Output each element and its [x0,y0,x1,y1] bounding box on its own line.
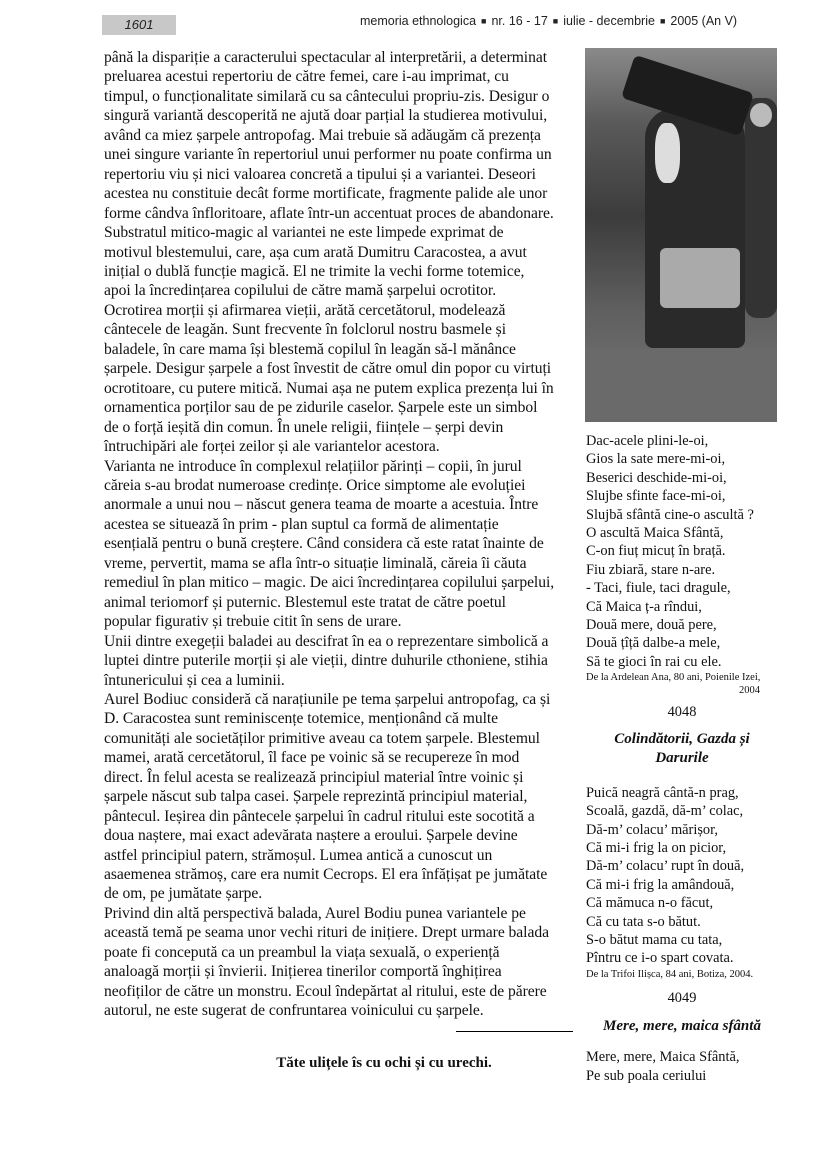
poem-4048-title-line2: Darurile [586,749,778,768]
body-text-line: pântecul. Ieșirea din pântecele șarpelui… [104,807,576,826]
body-text-line: întunericului și cea a luminii. [104,671,576,690]
body-text-line: vreme, pervertit, mama se afla într-o si… [104,554,576,573]
body-text-line: autorul, ne este sugerat de confruntarea… [104,1001,576,1020]
body-text-line: animal teriomorf și puternic. Blestemul … [104,593,576,612]
poem-verse: Să te gioci în rai cu ele. [586,653,778,671]
poem-4048-number: 4048 [586,703,778,721]
side-text-column: Dac-acele plini-le-oi,Gios la sate mere-… [586,432,778,1085]
body-text-line: ornamentica porților sau de pe zidurile … [104,398,576,417]
issue-year: 2005 (An V) [670,14,737,28]
photo-bystander [745,98,777,318]
body-text-line: unei singure variante în repertoriul unu… [104,145,576,164]
poem-4047-verses: Dac-acele plini-le-oi,Gios la sate mere-… [586,432,778,671]
poem-verse: Că cu tata s-o bătut. [586,913,778,931]
poem-verse: Slujbe sfinte face-mi-oi, [586,487,778,505]
page-number: 1601 [102,15,176,35]
body-text-line: timpul, o funcționalitate similară cu sa… [104,87,576,106]
poem-verse: Beserici deschide-mi-oi, [586,469,778,487]
photo-bystander-face [750,103,772,127]
body-text-line: comunități ale societăților primitive av… [104,729,576,748]
body-text-line: baladele, în care mama își blestemă copi… [104,340,576,359]
body-text-line: astfel principiul patern, strămoșul. Lum… [104,846,576,865]
poem-verse: Că mi-i frig la amândouă, [586,876,778,894]
body-text-line: motivul blestemului, care, așa cum arată… [104,243,576,262]
poem-verse: Pe sub poala ceriului [586,1067,778,1085]
body-text-line: de om, pe jumătate șarpe. [104,884,576,903]
poem-4048-verses: Puică neagră cântă-n prag,Scoală, gazdă,… [586,784,778,968]
poem-verse: O ascultă Maica Sfântă, [586,524,778,542]
body-text-line: analoagă morții și învierii. Inițierea t… [104,962,576,981]
body-text-line: asaemenea strămoș, care era numit Cecrop… [104,865,576,884]
body-text-line: această temă pe seama unor vechi rituri … [104,923,576,942]
poem-verse: Dac-acele plini-le-oi, [586,432,778,450]
body-text-line: direct. În felul acesta se realizează pr… [104,768,576,787]
body-text-line: întruchipări ale forței zeilor și ale va… [104,437,576,456]
running-header: memoria ethnologica■nr. 16 - 17■iulie - … [360,14,780,28]
poem-4049-title: Mere, mere, maica sfântă [586,1017,778,1036]
poem-verse: Slujbă sfântă cine-o ascultă ? [586,506,778,524]
spacer [586,1036,778,1048]
body-text-line: repertoriu viu și nici valoarea concretă… [104,165,576,184]
body-text-line: forme cândva înfloritoare, aflate într-u… [104,204,576,223]
body-text-line: Aurel Bodiuc consideră că narațiunile pe… [104,690,576,709]
body-text-line: apoi la încredințarea copilului de către… [104,281,576,300]
spacer [586,768,778,784]
poem-4047-source: De la Ardelean Ana, 80 ani, Poienile Ize… [586,671,778,684]
poem-verse: Că mi-i frig la on picior, [586,839,778,857]
body-text-line: D. Caracostea sunt reminiscențe totemice… [104,709,576,728]
body-text-line: șarpele. Desigur șarpele a fost învestit… [104,359,576,378]
poem-verse: Că mămuca n-o făcut, [586,894,778,912]
body-text-line: Ocrotirea morții și afirmarea vieții, ar… [104,301,576,320]
photo-ground [585,348,777,422]
body-text-line: luptei dintre puterile morții și ale vie… [104,651,576,670]
body-text-line: acestea se situează în prim - plan suptu… [104,515,576,534]
poem-verse: S-o bătut mama cu tata, [586,931,778,949]
body-text-line: mamei, arată cercetătorul, îl face pe vo… [104,748,576,767]
body-text-line: remediul în plan mitico – magic. De aici… [104,573,576,592]
body-text-line: șarpele născut sub talpa casei. Șarpele … [104,787,576,806]
body-text-line: inițial o dublă funcție magică. El ne tr… [104,262,576,281]
poem-4047-source-year: 2004 [586,684,778,697]
body-text-line: acestea nu constituie decât forme mortif… [104,184,576,203]
body-text-line: doua naștere, mai exact adevărata nașter… [104,826,576,845]
separator-square-icon: ■ [660,16,665,26]
poem-verse: Gios la sate mere-mi-oi, [586,450,778,468]
body-text-line: Unii dintre exegeții baladei au descifra… [104,632,576,651]
performer-photo [585,48,777,422]
poem-verse: Puică neagră cântă-n prag, [586,784,778,802]
footnote-divider [456,1031,573,1032]
separator-square-icon: ■ [553,16,558,26]
body-text-line: popular figurativ și trebuie citit în se… [104,612,576,631]
journal-title: memoria ethnologica [360,14,476,28]
body-text-line: anormale a unui nou – născut genera team… [104,495,576,514]
poem-verse: Mere, mere, Maica Sfântă, [586,1048,778,1066]
poem-verse: - Taci, fiule, taci dragule, [586,579,778,597]
poem-4049-number: 4049 [586,989,778,1007]
body-text-line: singură variantă descoperită ne ajută do… [104,106,576,125]
footnote-text: Tăte ulițele îs cu ochi și cu urechi. [104,1055,664,1072]
poem-4049-verses: Mere, mere, Maica Sfântă,Pe sub poala ce… [586,1048,778,1085]
body-text-line: esențială pentru o bună creștere. Când c… [104,534,576,553]
body-text-line: neofiților de către un monstru. Ecoul în… [104,982,576,1001]
body-text-line: ocrotitoare, cu putere mitică. Numai așa… [104,379,576,398]
poem-verse: Fiu zbiară, stare n-are. [586,561,778,579]
body-text-line: cântecele de leagăn. Sunt frecvente în f… [104,320,576,339]
poem-verse: Scoală, gazdă, dă-m’ colac, [586,802,778,820]
body-text-line: având ca miez șarpele antropofag. Mai tr… [104,126,576,145]
poem-verse: Că Maica ț-a rîndui, [586,598,778,616]
poem-verse: Dă-m’ colacu’ mărișor, [586,821,778,839]
body-text-line: preluarea acestui repertoriu de către fe… [104,67,576,86]
poem-4048-title-line1: Colindătorii, Gazda și [586,730,778,749]
body-text-line: Substratul mitico-magic al variantei ne … [104,223,576,242]
photo-performer-fur [655,123,680,183]
main-text-column: până la dispariție a caracterului specta… [104,48,576,1021]
poem-verse: Două mere, două pere, [586,616,778,634]
photo-performer-apron [660,248,740,308]
poem-verse: C-on fiuț micuț în brață. [586,542,778,560]
issue-period: iulie - decembrie [563,14,655,28]
body-text-line: Varianta ne introduce în complexul relaț… [104,457,576,476]
poem-4048-source: De la Trifoi Ilișca, 84 ani, Botiza, 200… [586,968,778,981]
body-text-line: poate fi concepută ca un preambul la via… [104,943,576,962]
body-text-line: Privind din altă perspectivă balada, Aur… [104,904,576,923]
body-text-line: căreia s-au brodat numeroase credințe. O… [104,476,576,495]
poem-verse: Dă-m’ colacu’ rupt în două, [586,857,778,875]
separator-square-icon: ■ [481,16,486,26]
poem-verse: Două țîță dalbe-a mele, [586,634,778,652]
body-text-line: până la dispariție a caracterului specta… [104,48,576,67]
body-text-line: de o forță ieșită din comun. În unele re… [104,418,576,437]
issue-number: nr. 16 - 17 [491,14,547,28]
poem-verse: Pîntru ce i-o spart covata. [586,949,778,967]
